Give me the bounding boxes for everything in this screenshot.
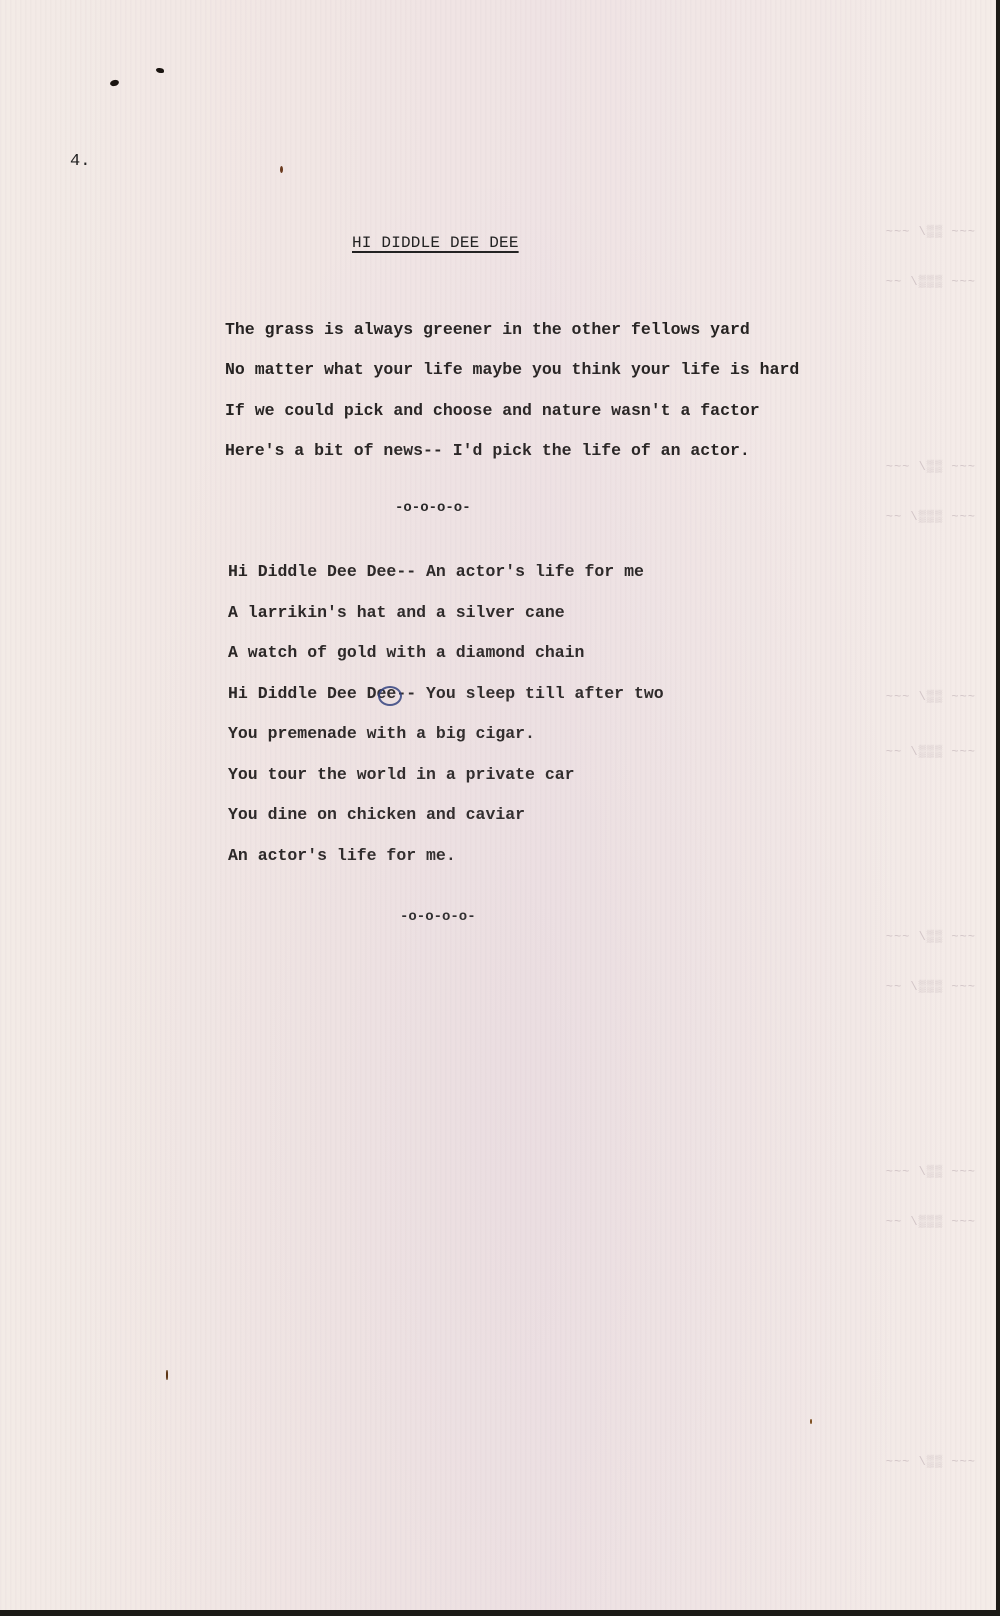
lyric-line: A watch of gold with a diamond chain bbox=[228, 633, 664, 674]
bleed-through-text: ~~ \▒▒▒ ~~~ bbox=[886, 1215, 976, 1229]
lyric-line: A larrikin's hat and a silver cane bbox=[228, 593, 664, 634]
verse-stanza: The grass is always greener in the other… bbox=[225, 310, 799, 471]
lyric-line: The grass is always greener in the other… bbox=[225, 310, 799, 350]
bleed-through-text: ~~ \▒▒▒ ~~~ bbox=[886, 980, 976, 994]
section-divider: -o-o-o-o- bbox=[395, 500, 471, 516]
chorus-stanza: Hi Diddle Dee Dee-- An actor's life for … bbox=[228, 552, 664, 876]
bleed-through-text: ~~ \▒▒▒ ~~~ bbox=[886, 745, 976, 759]
lyric-line: Hi Diddle Dee Dee-- An actor's life for … bbox=[228, 552, 664, 593]
bleed-through-text: ~~~ \▒▒ ~~~ bbox=[886, 1165, 976, 1179]
bleed-through-text: ~~~ \▒▒ ~~~ bbox=[886, 690, 976, 704]
lyric-line: Here's a bit of news-- I'd pick the life… bbox=[225, 431, 799, 471]
ink-blot bbox=[166, 1370, 168, 1380]
lyric-line: If we could pick and choose and nature w… bbox=[225, 391, 799, 431]
bleed-through-text: ~~ \▒▒▒ ~~~ bbox=[886, 275, 976, 289]
ink-blot bbox=[109, 79, 119, 87]
lyric-line: An actor's life for me. bbox=[228, 836, 664, 877]
bleed-through-text: ~~~ \▒▒ ~~~ bbox=[886, 1455, 976, 1469]
song-title: HI DIDDLE DEE DEE bbox=[352, 234, 519, 252]
bleed-through-text: ~~~ \▒▒ ~~~ bbox=[886, 460, 976, 474]
ink-blot bbox=[810, 1419, 812, 1424]
lyric-line: No matter what your life maybe you think… bbox=[225, 350, 799, 390]
lyric-line: You dine on chicken and caviar bbox=[228, 795, 664, 836]
blue-ink-correction-mark bbox=[378, 686, 402, 706]
bleed-through-text: ~~~ \▒▒ ~~~ bbox=[886, 225, 976, 239]
bleed-through-text: ~~ \▒▒▒ ~~~ bbox=[886, 510, 976, 524]
ink-blot bbox=[156, 68, 164, 73]
lyric-line: You premenade with a big cigar. bbox=[228, 714, 664, 755]
lyric-line: You tour the world in a private car bbox=[228, 755, 664, 796]
page-number: 4. bbox=[70, 152, 90, 171]
bleed-through-text: ~~~ \▒▒ ~~~ bbox=[886, 930, 976, 944]
scan-edge bbox=[996, 780, 1000, 1616]
document-page: ~~~ \▒▒ ~~~ ~~ \▒▒▒ ~~~ ~~~ \▒▒ ~~~ ~~ \… bbox=[0, 0, 996, 1610]
section-divider: -o-o-o-o- bbox=[400, 909, 476, 925]
ink-blot bbox=[280, 166, 283, 173]
lyric-line: Hi Diddle Dee Dee-- You sleep till after… bbox=[228, 674, 664, 715]
